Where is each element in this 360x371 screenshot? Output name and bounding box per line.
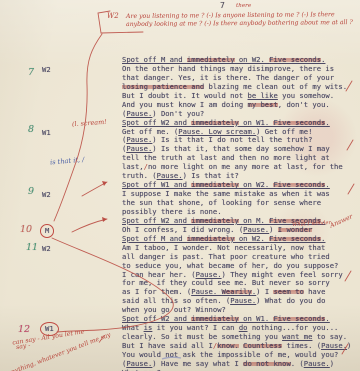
manuscript-page: 7 W2 Are you listening to me ? (-) Is an… bbox=[0, 0, 360, 371]
speech-block: 7W2On the other hand things may disimpro… bbox=[0, 65, 360, 119]
margin-label: 10M bbox=[0, 226, 120, 235]
speaker-label: W2 bbox=[42, 244, 51, 253]
speech-block: 11W2Am I taboo, I wonder. Not necessaril… bbox=[0, 244, 360, 316]
speaker-label: W2 bbox=[42, 65, 51, 74]
top-note-line2: anybody looking at me ? (-) Is there any… bbox=[126, 19, 357, 29]
typescript-body: Spot off M and immediately on W2. Five s… bbox=[0, 56, 360, 371]
handwritten-sequence-number: 10 bbox=[20, 224, 32, 235]
speaker-label: W1 bbox=[42, 128, 51, 137]
typed-lines: Get off me. (Pause. Low scream.) Get off… bbox=[122, 128, 357, 182]
handwritten-sequence-number: 9 bbox=[28, 186, 34, 197]
handwritten-sequence-number: 7 bbox=[28, 67, 34, 78]
handwritten-sequence-number: 11 bbox=[26, 242, 38, 253]
speech-block: 9W2I suppose I make the same mistake as … bbox=[0, 190, 360, 217]
handwritten-sequence-number: 8 bbox=[28, 124, 34, 135]
typed-lines: I suppose I make the same mistake as whe… bbox=[122, 190, 357, 217]
typed-lines: On the other hand things may disimprove,… bbox=[122, 65, 357, 119]
typed-lines: What is it you want? I can do nothing...… bbox=[122, 324, 357, 371]
margin-label: 9W2 bbox=[0, 190, 120, 199]
margin-label: 8W1 bbox=[0, 128, 120, 137]
margin-label: 7W2 bbox=[0, 65, 120, 74]
speech-block: 12W1What is it you want? I can do nothin… bbox=[0, 324, 360, 371]
typed-lines: Am I taboo, I wonder. Not necessarily, n… bbox=[122, 244, 357, 316]
speech-block: 8W1Get off me. (Pause. Low scream.) Get … bbox=[0, 128, 360, 182]
margin-label: 11W2 bbox=[0, 244, 120, 253]
handwritten-top-note: W2 Are you listening to me ? (-) Is anyo… bbox=[107, 12, 357, 28]
handwritten-insert-there: there bbox=[236, 3, 251, 9]
page-number: 7 bbox=[220, 1, 225, 10]
speaker-label: W2 bbox=[42, 190, 51, 199]
top-note-speaker-label: W2 bbox=[107, 12, 119, 20]
handwritten-sequence-number: 12 bbox=[18, 324, 30, 335]
